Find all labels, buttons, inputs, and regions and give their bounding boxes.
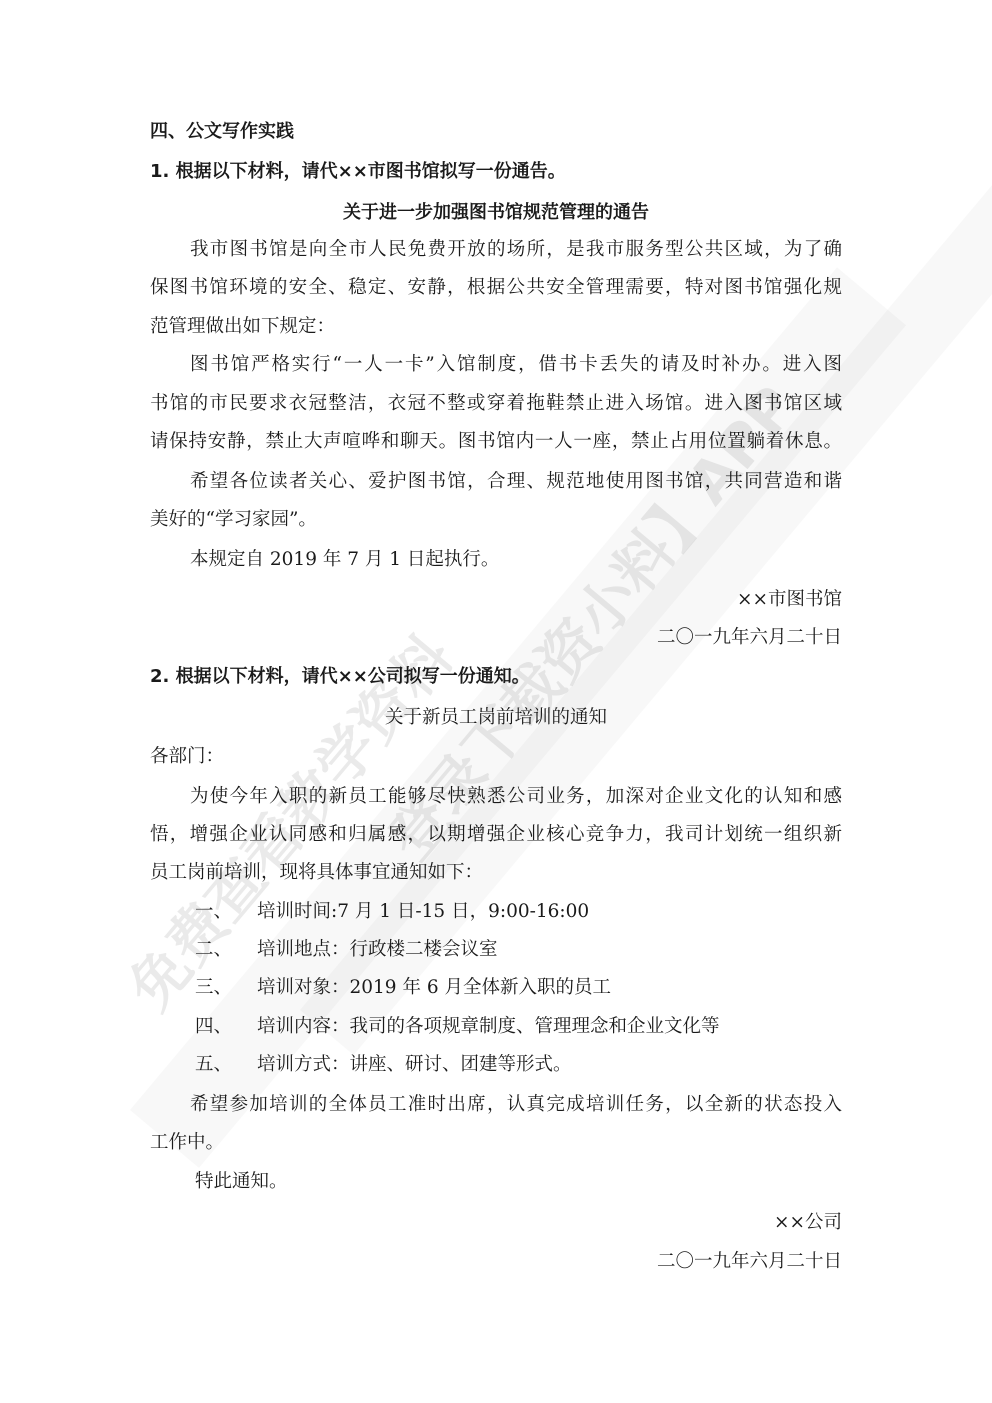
paragraph-line: 员工岗前培训，现将具体事宜通知如下： <box>150 853 842 893</box>
list-text: 培训方式：讲座、研讨、团建等形式。 <box>257 1054 572 1075</box>
list-text: 培训地点：行政楼二楼会议室 <box>257 939 498 960</box>
notice-title: 关于进一步加强图书馆规范管理的通告 <box>150 193 842 233</box>
list-number: 二、 <box>195 930 257 970</box>
paragraph-line: 为使今年入职的新员工能够尽快熟悉公司业务，加深对企业文化的认知和感 <box>150 777 842 817</box>
paragraph-line: 请保持安静，禁止大声喧哗和聊天。图书馆内一人一座，禁止占用位置躺着休息。 <box>150 422 842 462</box>
list-item: 一、培训时间:7 月 1 日-15 日，9:00-16:00 <box>195 892 589 932</box>
paragraph-line: 书馆的市民要求衣冠整洁，衣冠不整或穿着拖鞋禁止进入场馆。进入图书馆区域 <box>150 384 842 424</box>
salutation: 各部门： <box>150 737 842 777</box>
question-2-prompt: 2. 根据以下材料，请代××公司拟写一份通知。 <box>150 657 842 697</box>
list-text: 培训时间:7 月 1 日-15 日，9:00-16:00 <box>257 901 589 922</box>
list-item: 二、培训地点：行政楼二楼会议室 <box>195 930 498 970</box>
list-number: 一、 <box>195 892 257 932</box>
issue-date: 二〇一九年六月二十日 <box>150 618 842 658</box>
effective-date-line: 本规定自 2019 年 7 月 1 日起执行。 <box>150 540 842 580</box>
paragraph-line: 悟，增强企业认同感和归属感，以期增强企业核心竞争力，我司计划统一组织新 <box>150 815 842 855</box>
list-item: 五、培训方式：讲座、研讨、团建等形式。 <box>195 1045 572 1085</box>
list-text: 培训对象：2019 年 6 月全体新入职的员工 <box>257 977 611 998</box>
notice-title: 关于新员工岗前培训的通知 <box>150 698 842 738</box>
paragraph-line: 图书馆严格实行“一人一卡”入馆制度，借书卡丢失的请及时补办。进入图 <box>150 345 842 385</box>
question-1-prompt: 1. 根据以下材料，请代××市图书馆拟写一份通告。 <box>150 152 842 192</box>
paragraph-line: 希望各位读者关心、爱护图书馆，合理、规范地使用图书馆，共同营造和谐 <box>150 462 842 502</box>
list-number: 三、 <box>195 968 257 1008</box>
paragraph-line: 工作中。 <box>150 1123 842 1163</box>
paragraph-line: 范管理做出如下规定： <box>150 307 842 347</box>
signature: ××市图书馆 <box>150 580 842 620</box>
list-number: 四、 <box>195 1007 257 1047</box>
paragraph-line: 美好的“学习家园”。 <box>150 500 842 540</box>
list-text: 培训内容：我司的各项规章制度、管理理念和企业文化等 <box>257 1016 720 1037</box>
section-title: 四、公文写作实践 <box>150 112 842 152</box>
signature: ××公司 <box>150 1203 842 1243</box>
issue-date: 二〇一九年六月二十日 <box>150 1242 842 1282</box>
list-number: 五、 <box>195 1045 257 1085</box>
list-item: 四、培训内容：我司的各项规章制度、管理理念和企业文化等 <box>195 1007 720 1047</box>
ending-line: 特此通知。 <box>150 1162 842 1202</box>
paragraph-line: 保图书馆环境的安全、稳定、安静，根据公共安全管理需要，特对图书馆强化规 <box>150 268 842 308</box>
paragraph-line: 希望参加培训的全体员工准时出席，认真完成培训任务，以全新的状态投入 <box>150 1085 842 1125</box>
paragraph-line: 我市图书馆是向全市人民免费开放的场所，是我市服务型公共区域，为了确 <box>150 230 842 270</box>
list-item: 三、培训对象：2019 年 6 月全体新入职的员工 <box>195 968 611 1008</box>
